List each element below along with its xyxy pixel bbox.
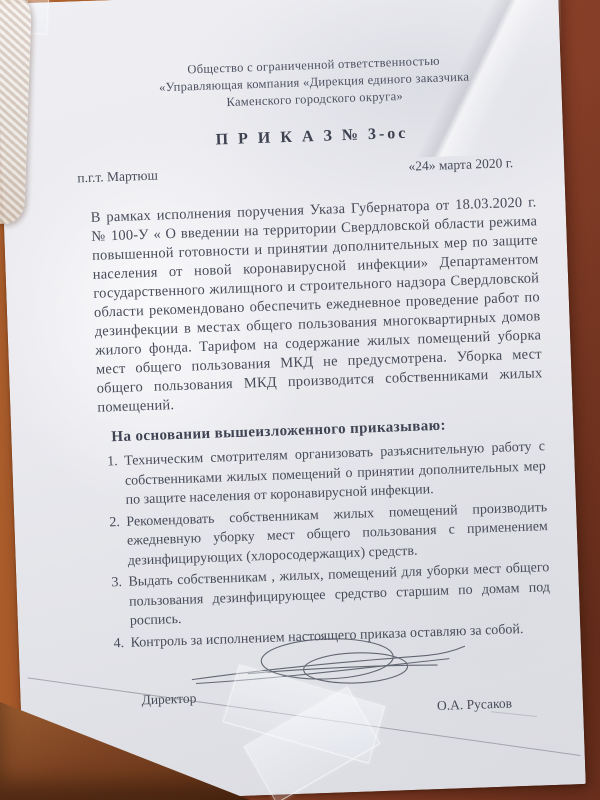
preamble-paragraph: В рамках исполнения поручения Указа Губе… [90, 193, 543, 417]
paper-crease-short [491, 711, 537, 717]
org-name-block: Общество с ограниченной ответственностью… [73, 49, 533, 116]
order-title: П Р И К А З № 3-ос [76, 120, 534, 154]
document-content: Общество с ограниченной ответственностью… [73, 49, 553, 710]
date-label: «24» марта 2020 г. [408, 153, 513, 176]
photo-frame: Общество с ограниченной ответственностью… [0, 0, 600, 800]
place-date-row: п.г.т. Мартюш «24» марта 2020 г. [77, 152, 535, 187]
order-items-list: Техническим смотрителям организовать раз… [99, 437, 552, 653]
place-label: п.г.т. Мартюш [77, 166, 158, 188]
